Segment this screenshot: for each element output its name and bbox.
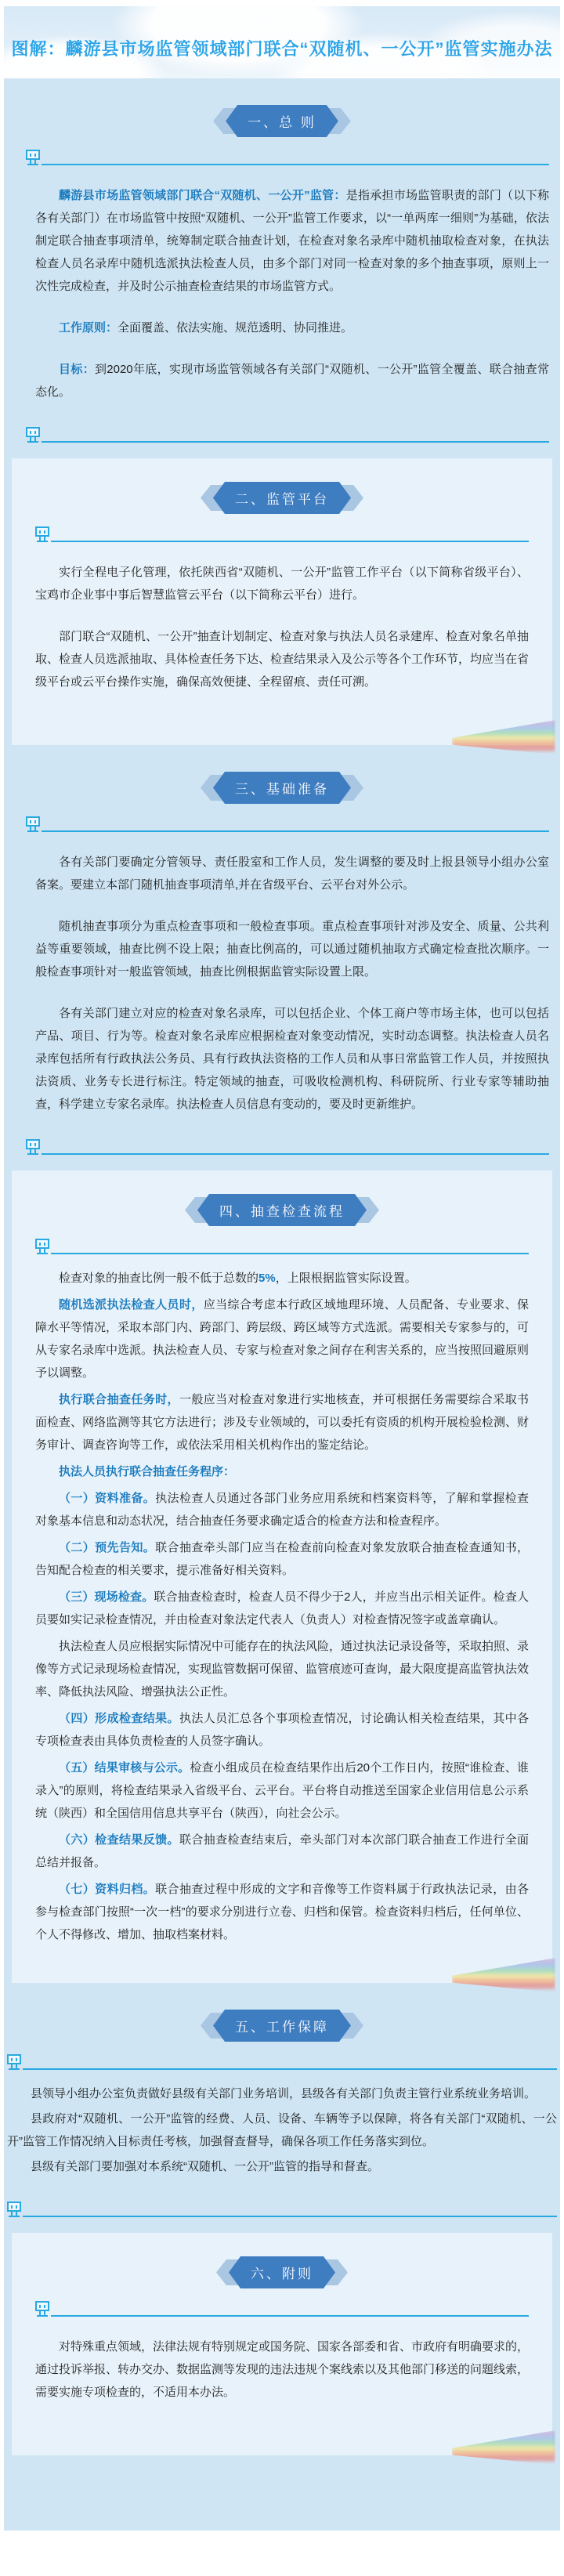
infographic-page: 图解：麟游县市场监管领域部门联合“双随机、一公开”监管实施办法 一、总 则 麟游… xyxy=(0,0,564,2576)
paragraph-lead: （二）预先告知。 xyxy=(59,1541,155,1554)
section-title: 三、基础准备 xyxy=(213,772,351,804)
paragraph: 县领导小组办公室负责做好县级有关部门业务培训，县级各有关部门负责主管行业系统业务… xyxy=(7,2082,557,2105)
section-closing-divider xyxy=(15,1139,549,1155)
section-body: 实行全程电子化管理，依托陕西省“双随机、一公开”监管工作平台（以下简称省级平台）… xyxy=(35,561,529,693)
paragraph-text: 部门联合“双随机、一公开”抽查计划制定、检查对象与执法人员名录建库、检查对象名单… xyxy=(35,630,529,689)
paragraph-lead: （七）资料归档。 xyxy=(59,1883,155,1896)
paragraph-text: 对特殊重点领域，法律法规有特别规定或国务院、国家各部委和省、市政府有明确要求的，… xyxy=(35,2340,529,2399)
paragraph: 县政府对“双随机、一公开”监管的经费、人员、设备、车辆等予以保障，将各有关部门“… xyxy=(7,2107,557,2153)
paragraph-lead: （六）检查结果反馈。 xyxy=(59,1833,179,1847)
section-banner: 三、基础准备 xyxy=(15,772,549,804)
section-supplementary-provisions: 六、附则 对特殊重点领域，法律法规有特别规定或国务院、国家各部委和省、市政府有明… xyxy=(12,2233,552,2455)
paragraph-lead: （一）资料准备。 xyxy=(59,1492,155,1505)
section-body: 麟游县市场监管领域部门联合“双随机、一公开”监管：是指承担市场监管职责的部门（以… xyxy=(15,184,549,403)
monitor-icon xyxy=(35,1239,49,1254)
monitor-icon xyxy=(35,526,49,542)
section-divider xyxy=(15,816,549,832)
paragraph: 县级有关部门要加强对本系统“双随机、一公开”监管的指导和督查。 xyxy=(7,2155,557,2178)
section-banner: 四、抽查检查流程 xyxy=(35,1194,529,1226)
section-divider xyxy=(35,2301,529,2317)
section-closing-divider xyxy=(7,2202,557,2217)
paragraph: 工作原则：全面覆盖、依法实施、规范透明、协同推进。 xyxy=(35,317,549,339)
paragraph-lead: 5% xyxy=(258,1272,276,1285)
paragraph-text: 是指承担市场监管职责的部门（以下称各有关部门）在市场监管中按照“双随机、一公开”… xyxy=(35,189,549,293)
paragraph: 随机抽查事项分为重点检查事项和一般检查事项。重点检查事项针对涉及安全、质量、公共… xyxy=(35,915,549,983)
section-body: 对特殊重点领域，法律法规有特别规定或国务院、国家各部委和省、市政府有明确要求的，… xyxy=(35,2335,529,2404)
paragraph: 部门联合“双随机、一公开”抽查计划制定、检查对象与执法人员名录建库、检查对象名单… xyxy=(35,625,529,693)
hexagon-banner: 四、抽查检查流程 xyxy=(197,1194,367,1226)
paragraph: 麟游县市场监管领域部门联合“双随机、一公开”监管：是指承担市场监管职责的部门（以… xyxy=(35,184,549,298)
divider-line xyxy=(42,441,549,443)
paragraph-text: 实行全程电子化管理，依托陕西省“双随机、一公开”监管工作平台（以下简称省级平台）… xyxy=(35,566,529,602)
section-title: 六、附则 xyxy=(229,2256,335,2288)
section-divider xyxy=(35,1239,529,1254)
paragraph-text: ，上限根据监管实际设置。 xyxy=(276,1272,417,1285)
paragraph: 执行联合抽查任务时，一般应当对检查对象进行实地核查，并可根据任务需要综合采取书面… xyxy=(35,1388,529,1456)
section-body: 各有关部门要确定分管领导、责任股室和工作人员，发生调整的要及时上报县领导小组办公… xyxy=(15,851,549,1116)
section-work-support: 五、工作保障 县领导小组办公室负责做好县级有关部门业务培训，县级各有关部门负责主… xyxy=(4,1983,560,2217)
page-title: 图解：麟游县市场监管领域部门联合“双随机、一公开”监管实施办法 xyxy=(11,25,552,60)
paragraph: 随机选派执法检查人员时，应当综合考虑本行政区域地理环境、人员配备、专业要求、保障… xyxy=(35,1293,529,1384)
paragraph: （五）结果审核与公示。检查小组成员在检查结果作出后20个工作日内，按照“谁检查、… xyxy=(35,1757,529,1825)
hexagon-banner: 六、附则 xyxy=(229,2256,335,2288)
paragraph: 对特殊重点领域，法律法规有特别规定或国务院、国家各部委和省、市政府有明确要求的，… xyxy=(35,2335,529,2404)
section-title: 一、总 则 xyxy=(226,105,338,137)
paragraph-lead: （四）形成检查结果。 xyxy=(59,1712,179,1725)
section-body: 检查对象的抽查比例一般不低于总数的5%，上限根据监管实际设置。随机选派执法检查人… xyxy=(35,1267,529,1946)
paragraph-text: 县领导小组办公室负责做好县级有关部门业务培训，县级各有关部门负责主管行业系统业务… xyxy=(31,2087,536,2100)
paragraph-text: 县级有关部门要加强对本系统“双随机、一公开”监管的指导和督查。 xyxy=(31,2160,379,2173)
paragraph-text: 到2020年底，实现市场监管领域各有关部门“双随机、一公开”监管全覆盖、联合抽查… xyxy=(35,363,549,399)
paragraph-text: 执法检查人员应根据实际情况中可能存在的执法风险，通过执法记录设备等，采取拍照、录… xyxy=(35,1640,529,1699)
divider-line xyxy=(51,2315,529,2317)
paragraph-text: 县政府对“双随机、一公开”监管的经费、人员、设备、车辆等予以保障，将各有关部门“… xyxy=(7,2112,557,2148)
paragraph: 目标：到2020年底，实现市场监管领域各有关部门“双随机、一公开”监管全覆盖、联… xyxy=(35,358,549,403)
paragraph: 执法人员执行联合抽查任务程序： xyxy=(35,1460,529,1483)
paragraph-lead: 工作原则： xyxy=(59,321,117,335)
monitor-icon xyxy=(26,150,40,165)
divider-line xyxy=(51,1253,529,1254)
monitor-icon xyxy=(26,1139,40,1155)
page-header: 图解：麟游县市场监管领域部门联合“双随机、一公开”监管实施办法 xyxy=(4,6,560,78)
section-banner: 五、工作保障 xyxy=(7,2010,557,2042)
section-general-rules: 一、总 则 麟游县市场监管领域部门联合“双随机、一公开”监管：是指承担市场监管职… xyxy=(4,78,560,443)
section-divider xyxy=(35,526,529,542)
paragraph-text: 全面覆盖、依法实施、规范透明、协同推进。 xyxy=(117,321,352,335)
paragraph: （七）资料归档。联合抽查过程中形成的文字和音像等工作资料属于行政执法记录，由各参… xyxy=(35,1878,529,1946)
hexagon-banner: 一、总 则 xyxy=(226,105,338,137)
paragraph: （一）资料准备。执法检查人员通过各部门业务应用系统和档案资料等，了解和掌握检查对… xyxy=(35,1487,529,1532)
section-divider xyxy=(15,150,549,165)
paragraph: 各有关部门要确定分管领导、责任股室和工作人员，发生调整的要及时上报县领导小组办公… xyxy=(35,851,549,896)
section-banner: 二、监管平台 xyxy=(35,482,529,514)
monitor-icon xyxy=(35,2301,49,2317)
footer-whitespace xyxy=(0,2531,564,2576)
paragraph: 实行全程电子化管理，依托陕西省“双随机、一公开”监管工作平台（以下简称省级平台）… xyxy=(35,561,529,606)
section-supervision-platform: 二、监管平台 实行全程电子化管理，依托陕西省“双随机、一公开”监管工作平台（以下… xyxy=(12,458,552,745)
hexagon-banner: 三、基础准备 xyxy=(213,772,351,804)
section-title: 二、监管平台 xyxy=(213,482,351,514)
paragraph: （六）检查结果反馈。联合抽查检查结束后，牵头部门对本次部门联合抽查工作进行全面总… xyxy=(35,1829,529,1874)
section-body: 县领导小组办公室负责做好县级有关部门业务培训，县级各有关部门负责主管行业系统业务… xyxy=(7,2082,557,2178)
paragraph-lead: 随机选派执法检查人员时， xyxy=(59,1298,204,1312)
monitor-icon xyxy=(26,816,40,832)
paragraph-lead: 麟游县市场监管领域部门联合“双随机、一公开”监管： xyxy=(59,189,346,202)
divider-line xyxy=(51,541,529,542)
rainbow-swoosh-icon xyxy=(452,2430,555,2465)
section-basic-preparation: 三、基础准备 各有关部门要确定分管领导、责任股室和工作人员，发生调整的要及时上报… xyxy=(4,745,560,1155)
paragraph: （二）预先告知。联合抽查牵头部门应当在检查前向检查对象发放联合抽查检查通知书，告… xyxy=(35,1536,529,1582)
paragraph: （四）形成检查结果。执法人员汇总各个事项检查情况，讨论确认相关检查结果，其中各专… xyxy=(35,1707,529,1753)
paragraph-lead: （三）现场检查。 xyxy=(59,1590,154,1604)
paragraph-text: 检查对象的抽查比例一般不低于总数的 xyxy=(59,1272,258,1285)
hexagon-banner: 二、监管平台 xyxy=(213,482,351,514)
divider-line xyxy=(42,1153,549,1155)
monitor-icon xyxy=(26,427,40,443)
monitor-icon xyxy=(7,2054,21,2070)
divider-line xyxy=(42,830,549,832)
paragraph-lead: （五）结果审核与公示。 xyxy=(59,1761,190,1775)
section-banner: 一、总 则 xyxy=(15,105,549,137)
section-divider xyxy=(7,2054,557,2070)
paragraph-lead: 执法人员执行联合抽查任务程序： xyxy=(59,1465,235,1478)
section-banner: 六、附则 xyxy=(35,2256,529,2288)
section-inspection-process: 四、抽查检查流程 检查对象的抽查比例一般不低于总数的5%，上限根据监管实际设置。… xyxy=(12,1170,552,1983)
paragraph: 各有关部门建立对应的检查对象名录库，可以包括企业、个体工商户等市场主体，也可以包… xyxy=(35,1002,549,1116)
section-title: 五、工作保障 xyxy=(213,2010,351,2042)
divider-line xyxy=(23,2216,557,2217)
paragraph: 执法检查人员应根据实际情况中可能存在的执法风险，通过执法记录设备等，采取拍照、录… xyxy=(35,1635,529,1703)
paragraph-lead: 目标： xyxy=(59,363,95,376)
divider-line xyxy=(42,164,549,165)
content-band: 一、总 则 麟游县市场监管领域部门联合“双随机、一公开”监管：是指承担市场监管职… xyxy=(4,78,560,2531)
paragraph-lead: 执行联合抽查任务时， xyxy=(59,1393,179,1406)
paragraph-text: 随机抽查事项分为重点检查事项和一般检查事项。重点检查事项针对涉及安全、质量、公共… xyxy=(35,920,549,979)
paragraph-text: 各有关部门要确定分管领导、责任股室和工作人员，发生调整的要及时上报县领导小组办公… xyxy=(35,856,549,892)
divider-line xyxy=(23,2068,557,2070)
paragraph: 检查对象的抽查比例一般不低于总数的5%，上限根据监管实际设置。 xyxy=(35,1267,529,1290)
hexagon-banner: 五、工作保障 xyxy=(213,2010,351,2042)
paragraph: （三）现场检查。联合抽查检查时，检查人员不得少于2人，并应当出示相关证件。检查人… xyxy=(35,1586,529,1631)
paragraph-text: 各有关部门建立对应的检查对象名录库，可以包括企业、个体工商户等市场主体，也可以包… xyxy=(35,1007,549,1111)
monitor-icon xyxy=(7,2202,21,2217)
section-closing-divider xyxy=(15,427,549,443)
section-title: 四、抽查检查流程 xyxy=(197,1194,367,1226)
